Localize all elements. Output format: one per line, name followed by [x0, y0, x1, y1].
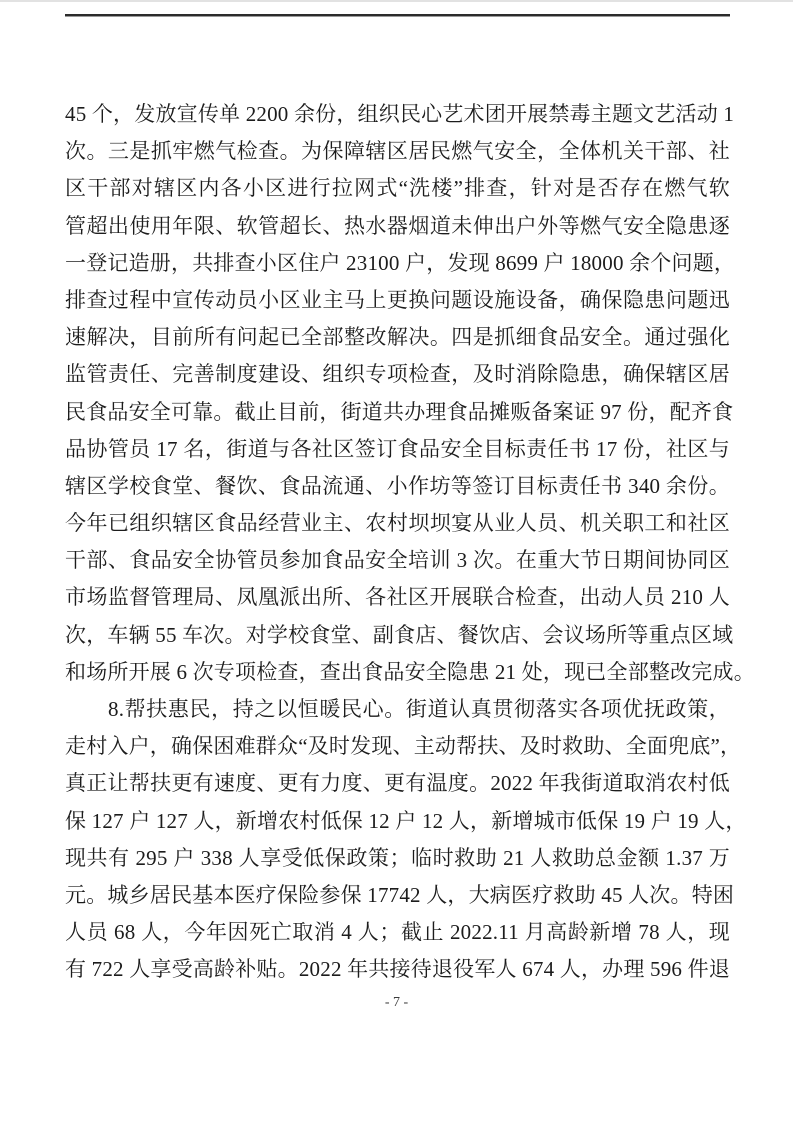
- page-number: - 7 -: [0, 995, 793, 1011]
- text-line: 45 个，发放宣传单 2200 余份，组织民心艺术团开展禁毒主题文艺活动 1: [65, 96, 730, 133]
- document-body: 45 个，发放宣传单 2200 余份，组织民心艺术团开展禁毒主题文艺活动 1次。…: [65, 96, 730, 989]
- text-line: 真正让帮扶更有速度、更有力度、更有温度。2022 年我街道取消农村低: [65, 765, 730, 802]
- text-line: 和场所开展 6 次专项检查，查出食品安全隐患 21 处，现已全部整改完成。: [65, 654, 730, 691]
- text-line: 区干部对辖区内各小区进行拉网式“洗楼”排查，针对是否存在燃气软: [65, 170, 730, 207]
- text-line: 辖区学校食堂、餐饮、食品流通、小作坊等签订目标责任书 340 余份。: [65, 468, 730, 505]
- text-line: 8.帮扶惠民，持之以恒暖民心。街道认真贯彻落实各项优抚政策，: [65, 691, 730, 728]
- text-line: 管超出使用年限、软管超长、热水器烟道未伸出户外等燃气安全隐患逐: [65, 208, 730, 245]
- text-line: 有 722 人享受高龄补贴。2022 年共接待退役军人 674 人，办理 596…: [65, 951, 730, 988]
- text-line: 速解决，目前所有问起已全部整改解决。四是抓细食品安全。通过强化: [65, 319, 730, 356]
- page-top-edge: [0, 0, 793, 2]
- text-line: 民食品安全可靠。截止目前，街道共办理食品摊贩备案证 97 份，配齐食: [65, 394, 730, 431]
- text-line: 监管责任、完善制度建设、组织专项检查，及时消除隐患，确保辖区居: [65, 356, 730, 393]
- text-line: 走村入户，确保困难群众“及时发现、主动帮扶、及时救助、全面兜底”，: [65, 728, 730, 765]
- text-line: 品协管员 17 名，街道与各社区签订食品安全目标责任书 17 份，社区与: [65, 431, 730, 468]
- text-line: 人员 68 人，今年因死亡取消 4 人；截止 2022.11 月高龄新增 78 …: [65, 914, 730, 951]
- text-line: 今年已组织辖区食品经营业主、农村坝坝宴从业人员、机关职工和社区: [65, 505, 730, 542]
- text-line: 排查过程中宣传动员小区业主马上更换问题设施设备，确保隐患问题迅: [65, 282, 730, 319]
- document-page: { "page": { "number_label": "- 7 -" }, "…: [0, 0, 793, 1122]
- text-line: 元。城乡居民基本医疗保险参保 17742 人，大病医疗救助 45 人次。特困: [65, 877, 730, 914]
- text-line: 保 127 户 127 人，新增农村低保 12 户 12 人，新增城市低保 19…: [65, 803, 730, 840]
- text-line: 一登记造册，共排查小区住户 23100 户，发现 8699 户 18000 余个…: [65, 245, 730, 282]
- text-line: 次，车辆 55 车次。对学校食堂、副食店、餐饮店、会议场所等重点区域: [65, 617, 730, 654]
- header-rule: [65, 14, 730, 17]
- text-line: 干部、食品安全协管员参加食品安全培训 3 次。在重大节日期间协同区: [65, 542, 730, 579]
- text-line: 现共有 295 户 338 人享受低保政策；临时救助 21 人救助总金额 1.3…: [65, 840, 730, 877]
- text-line: 市场监督管理局、凤凰派出所、各社区开展联合检查，出动人员 210 人: [65, 579, 730, 616]
- text-line: 次。三是抓牢燃气检查。为保障辖区居民燃气安全，全体机关干部、社: [65, 133, 730, 170]
